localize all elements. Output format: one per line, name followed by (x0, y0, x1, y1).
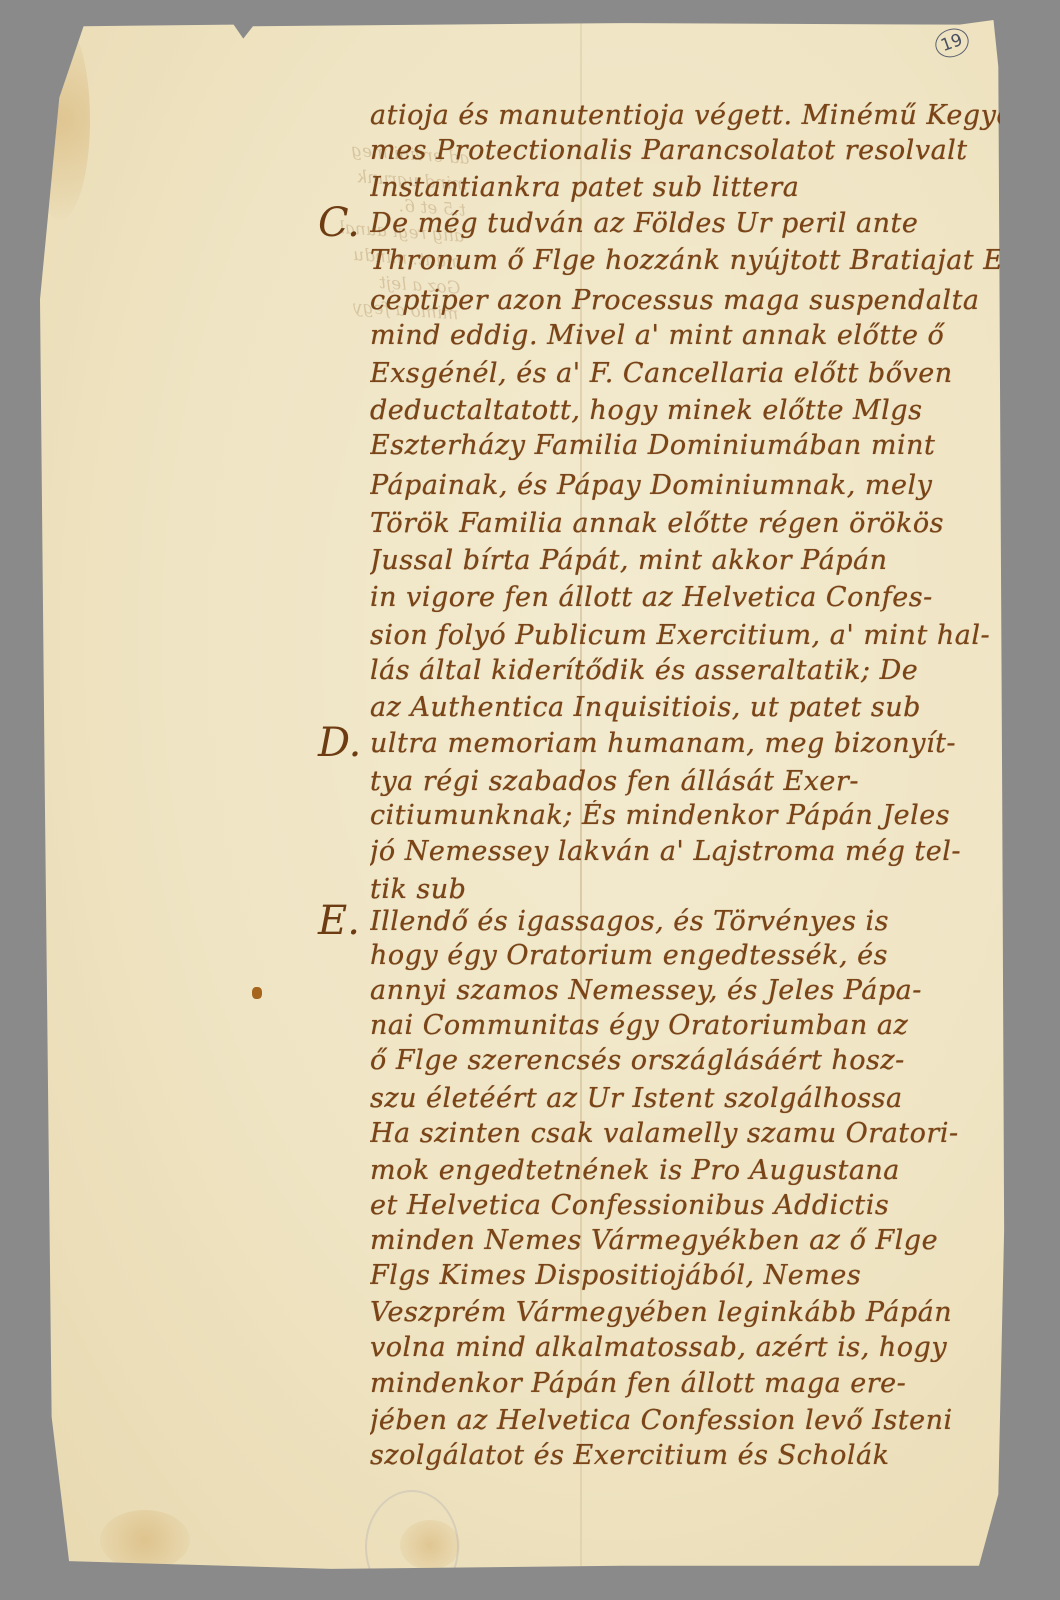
manuscript-line: citiumunknak; És mindenkor Pápán Jeles (370, 800, 1000, 831)
paragraph-marker: C. (318, 200, 360, 246)
manuscript-line: mok engedtetnének is Pro Augustana (370, 1155, 1000, 1186)
manuscript-line: hogy égy Oratorium engedtessék, és (370, 940, 1000, 971)
manuscript-line: Pápainak, és Pápay Dominiumnak, mely (370, 470, 1000, 501)
manuscript-line: Jussal bírta Pápát, mint akkor Pápán (370, 545, 1000, 576)
manuscript-line: nai Communitas égy Oratoriumban az (370, 1010, 1000, 1041)
manuscript-line: jó Nemessey lakván a' Lajstroma még tel- (370, 836, 1000, 867)
manuscript-line: atioja és manutentioja végett. Minémű Ke… (370, 100, 1000, 131)
manuscript-line: Thronum ő Flge hozzánk nyújtott Bratiaja… (370, 245, 1000, 276)
manuscript-line: lás által kiderítődik és asseraltatik; D… (370, 655, 1000, 686)
manuscript-line: annyi szamos Nemessey, és Jeles Pápa- (370, 975, 1000, 1006)
manuscript-line: tya régi szabados fen állását Exer- (370, 766, 1000, 797)
manuscript-line: szu életéért az Ur Istent szolgálhossa (370, 1083, 1000, 1114)
manuscript-line: Török Familia annak előtte régen örökös (370, 508, 1000, 539)
manuscript-line: De még tudván az Földes Ur peril ante (370, 208, 1000, 239)
manuscript-line: mindenkor Pápán fen állott maga ere- (370, 1368, 1000, 1399)
manuscript-line: ceptiper azon Processus maga suspendalta (370, 285, 1000, 316)
manuscript-line: Exsgénél, és a' F. Cancellaria előtt bőv… (370, 358, 1000, 389)
manuscript-line: Ha szinten csak valamelly szamu Oratori- (370, 1118, 1000, 1149)
manuscript-line: minden Nemes Vármegyékben az ő Flge (370, 1225, 1000, 1256)
manuscript-line: mind eddig. Mivel a' mint annak előtte ő (370, 320, 1000, 351)
manuscript-line: Veszprém Vármegyében leginkább Pápán (370, 1297, 1000, 1328)
manuscript-text: atioja és manutentioja végett. Minémű Ke… (0, 0, 1060, 1600)
manuscript-line: deductaltatott, hogy minek előtte Mlgs (370, 395, 1000, 426)
paragraph-marker: D. (318, 720, 361, 766)
manuscript-line: ő Flge szerencsés országlásáért hosz- (370, 1045, 1000, 1076)
manuscript-line: in vigore fen állott az Helvetica Confes… (370, 582, 1000, 613)
manuscript-line: Illendő és igassagos, és Törvényes is (370, 906, 1000, 937)
manuscript-line: et Helvetica Confessionibus Addictis (370, 1190, 1000, 1221)
manuscript-line: ultra memoriam humanam, meg bizonyít- (370, 728, 1000, 759)
manuscript-line: Flgs Kimes Dispositiojából, Nemes (370, 1260, 1000, 1291)
manuscript-line: Instantiankra patet sub littera (370, 172, 1000, 203)
manuscript-line: volna mind alkalmatossab, azért is, hogy (370, 1332, 1000, 1363)
paragraph-marker: E. (318, 898, 360, 944)
manuscript-line: sion folyó Publicum Exercitium, a' mint … (370, 620, 1000, 651)
manuscript-line: tik sub (370, 874, 1000, 905)
manuscript-line: mes Protectionalis Parancsolatot resolva… (370, 135, 1000, 166)
manuscript-line: jében az Helvetica Confession levő Isten… (370, 1405, 1000, 1436)
manuscript-line: Eszterházy Familia Dominiumában mint (370, 430, 1000, 461)
manuscript-line: az Authentica Inquisitiois, ut patet sub (370, 692, 1000, 723)
manuscript-line: szolgálatot és Exercitium és Scholák (370, 1440, 1000, 1471)
